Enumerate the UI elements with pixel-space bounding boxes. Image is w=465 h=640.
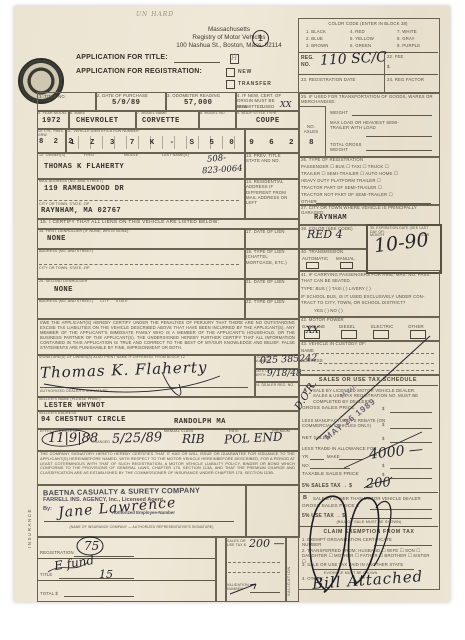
purchase-date-label: 2. DATE OF PURCHASE xyxy=(97,93,148,98)
gross-weight-label: TOTAL GROSS WEIGHT xyxy=(330,142,370,153)
tax-b-divider xyxy=(298,492,438,493)
seller-name-value: LESTER WHYNOT xyxy=(44,402,105,410)
title-fee-label: TITLE xyxy=(40,572,52,577)
use-tax-5-label: 5% USE TAX → $ xyxy=(302,513,345,519)
color-code-red: 4. RED xyxy=(350,29,365,34)
hire-line4: IF SCHOOL BUS, IS IT USED EXCLUSIVELY UN… xyxy=(301,294,425,299)
trade-no-label: NO. xyxy=(302,463,310,468)
owner-middle-label: MIDDLE xyxy=(124,153,138,157)
goods-label: 25. IF USED FOR TRANSPORTATION OF GOODS,… xyxy=(301,94,433,105)
first-lienholder-value: NONE xyxy=(47,235,66,243)
fee-sub: $. xyxy=(387,64,391,69)
salestax-line1 xyxy=(228,562,280,563)
registration-fee-label: REGISTRATION xyxy=(40,550,74,555)
regtype-line2: TRAILER ☐ SEMI-TRAILER ☐ AUTO HOME ☐ xyxy=(301,171,398,176)
weight-label: WEIGHT xyxy=(330,110,348,115)
power-diesel-checkbox xyxy=(341,330,357,339)
sales-tax-5-value: 200 xyxy=(366,475,392,492)
maxload-label: MAX LOAD OR HEAVIEST SEMI-TRAILER WITH L… xyxy=(330,120,400,131)
registration-transfer-label: TRANSFER xyxy=(238,81,272,87)
exempt-divider xyxy=(298,526,438,527)
owner-first-label: FIRST xyxy=(84,153,95,157)
make-value: CHEVROLET xyxy=(76,117,118,125)
colorbox-divider2 xyxy=(298,74,438,75)
lien2-type-label: 22. TYPE OF LIEN xyxy=(246,299,285,304)
transmission-manual-checkbox xyxy=(340,262,353,269)
hire-line1: 41. IF CARRYING PASSENGERS FOR HIRE, MAX… xyxy=(301,272,431,277)
registration-date-label: 23. REGISTRATION DATE xyxy=(301,77,356,82)
scanned-form: UN HARD Massachusetts Registry of Motor … xyxy=(14,6,450,602)
fee-label: 22. FEE xyxy=(387,54,404,59)
gross-sales-line xyxy=(390,412,432,413)
seller-address-value: 94 CHESTNUT CIRCLE xyxy=(41,416,126,424)
model-no-label: 8. MODEL NO. xyxy=(200,111,226,115)
origin-new-label: NEW xyxy=(237,104,247,109)
regtype-label: 26. TYPE OF REGISTRATION xyxy=(301,157,363,162)
registration-new-label: NEW xyxy=(238,69,252,75)
reg-label: REG. xyxy=(301,55,314,61)
hire-line5: TRACT TO CITY, TOWN, OR SCHOOL DISTRICT? xyxy=(301,300,405,305)
liens-certify-line: 15. I CERTIFY THAT ALL LIENS ON THIS VEH… xyxy=(40,220,219,226)
owner-label: 12. OWNER(S) xyxy=(39,153,65,157)
power-gasoline-mark: XX xyxy=(306,326,319,336)
registration-fee-value: 75 xyxy=(84,539,99,553)
lien2-date-label: 21. DATE OF LIEN xyxy=(246,279,285,284)
color-code-purple: 9. PURPLE xyxy=(397,43,420,48)
reg-no-label: NO. xyxy=(301,62,311,68)
seller-address-city: RANDOLPH MA xyxy=(174,418,226,426)
registration-transfer-checkbox xyxy=(226,80,235,89)
net-sales-dollar: $ xyxy=(382,436,385,441)
owner-last-label: LAST NAME(S) xyxy=(162,153,189,157)
color-code-black: 1. BLACK xyxy=(306,29,326,34)
origin-used-label: USED xyxy=(262,104,275,109)
changed-label: CHANGED xyxy=(92,440,110,444)
insurance-side-label: INSURANCE xyxy=(27,456,32,548)
custody-label: 43. VEHICLE IN CUSTODY OF: xyxy=(301,341,366,346)
cyl-label: 10. CYL. PASS. GRW. xyxy=(38,129,65,138)
pencil-note: UN HARD xyxy=(136,11,174,18)
year-label: 5. YEAR MODEL xyxy=(38,111,68,115)
signature-baseline xyxy=(40,387,248,388)
use-tax-line xyxy=(350,518,432,519)
odometer-label: 3. ODOMETER READING xyxy=(167,93,220,98)
rebate-line xyxy=(390,428,432,429)
dealer-signature-label: AUTHORIZED DEALER'S SIGNATURE xyxy=(40,389,108,393)
vin-right-blank-cell xyxy=(244,128,300,154)
application-for-title-label: APPLICATION FOR TITLE: xyxy=(76,54,168,61)
title-blank-line xyxy=(174,62,220,63)
total-fee-line xyxy=(64,596,134,597)
hire-line2: THAT CAN BE SEATED. xyxy=(301,278,351,283)
power-diesel-label: DIESEL xyxy=(339,324,355,329)
title-fee-value: 15 xyxy=(99,568,113,581)
certification-text: I/WE THE APPLICANT(S) HEREBY CERTIFY UND… xyxy=(40,320,295,350)
claim-exemption-title: CLAIM EXEMPTION FROM TAX xyxy=(302,529,436,535)
authorized-employee-label: Authorized Employee-Number xyxy=(112,510,175,515)
tax-schedule-title: SALES OR USE TAX SCHEDULE xyxy=(301,377,435,383)
dealer-reg-label: 24. DEALER REG. NO. xyxy=(255,383,294,387)
power-electric-checkbox xyxy=(373,330,389,339)
title-checkbox-mark: H xyxy=(231,54,237,62)
color-code-yellow: 5. YELLOW xyxy=(350,36,374,41)
agent-signature-line xyxy=(44,521,234,522)
trade-make-label: MAKE xyxy=(327,454,340,459)
garaged-value: RAYNHAM xyxy=(314,214,347,222)
make-label: 6. MAKE xyxy=(70,111,85,115)
salestax-value: 200 — xyxy=(249,537,285,550)
validation-side-label: VALIDATION xyxy=(287,542,291,596)
motor-power-label: 42. MOTOR POWER xyxy=(301,317,344,322)
fees-divider2 xyxy=(37,580,215,581)
total-fee-label: TOTAL $ xyxy=(40,591,58,596)
trade-yr-label: YR. xyxy=(302,454,310,459)
regtype-line4: TRACTOR PART OF SEMI-TRAILER ☐ xyxy=(301,185,382,190)
salestax-line2 xyxy=(228,572,280,573)
maxload-line xyxy=(366,136,432,137)
transmission-auto-label: AUTOMATIC xyxy=(302,256,328,261)
hire-line6: YES ( ) NO ( ) xyxy=(314,308,343,313)
title-fee-line xyxy=(59,578,134,579)
tax-b-label: B xyxy=(303,495,307,502)
owner-name-value: THOMAS K FLAHERTY xyxy=(44,163,124,171)
model-value: CORVETTE xyxy=(142,117,180,125)
trade-yr-line xyxy=(310,459,324,460)
trade-in-label: LESS TRADE-IN ALLOWANCE FOR: xyxy=(302,446,378,451)
gross-sales-label: GROSS SALES PRICE xyxy=(302,406,355,412)
exempt3-text: 3. SALE OR USE TAX PAID IN ANOTHER STATE xyxy=(302,562,422,567)
taxable-sales-label: TAXABLE SALES PRICE xyxy=(302,472,359,478)
rebate-dollar: $ xyxy=(382,422,385,427)
first-lienholder-label: 16. FIRST LIENHOLDER (IF NONE, WRITE NON… xyxy=(39,229,129,233)
b-gross-line xyxy=(370,509,432,510)
color-code-white: 7. WHITE xyxy=(397,29,417,34)
validation-number-label: VALIDATION NUMBER xyxy=(227,583,251,592)
stamp-right-blank-cell xyxy=(245,484,300,538)
custody-address-line1 xyxy=(319,363,434,364)
transmission-manual-label: MANUAL xyxy=(336,256,355,261)
power-electric-label: ELECTRIC xyxy=(371,324,393,329)
title-no-label: 1. TITLE NO. xyxy=(39,94,66,99)
salestax-label: SALES OR USE TAX $ xyxy=(227,539,249,548)
vin-label: 11. VEHICLE IDENTIFICATION NUMBER xyxy=(67,129,139,133)
color-code-brown: 3. BROWN xyxy=(306,43,328,48)
axles-label: NO. AXLES xyxy=(302,124,320,135)
representative-signature-caption: (NAME OF INSURANCE COMPANY — AUTHORIZED … xyxy=(44,525,239,529)
lien1-date-label: 17. DATE OF LIEN xyxy=(246,229,285,234)
city-value: RAYNHAM, MA 02767 xyxy=(41,207,121,215)
mail-address-label: MAIL ADDRESS (NO. AND STREET) xyxy=(39,179,103,183)
regtype-line3: HEAVY DUTY PLATFORM TRAILER ☐ xyxy=(301,178,381,183)
res-address-label: 14. RESIDENTIAL ADDRESS IF DIFFERENT FRO… xyxy=(246,179,296,206)
registration-new-checkbox xyxy=(226,68,235,77)
second-lienholder-value: NONE xyxy=(54,286,73,294)
weight-line xyxy=(352,115,432,116)
custody-address-line2 xyxy=(302,370,434,371)
trade-no-line xyxy=(310,468,350,469)
gross-weight-line xyxy=(366,150,432,151)
regtype-line1: PASSENGER ☐ BUS ☐ TAXI ☐ TRUCK ☐ xyxy=(301,164,389,169)
factor-divider xyxy=(384,74,385,92)
body-style-value: COUPE xyxy=(256,117,280,125)
origin-used-mark: XX xyxy=(280,100,291,109)
color-value: RED 4 xyxy=(307,228,343,241)
color-code-blue: 2. BLUE xyxy=(306,36,323,41)
trade-dollar-line xyxy=(390,468,432,469)
trade-make-line xyxy=(339,459,363,460)
address-dashed-divider xyxy=(39,200,239,201)
sales-tax-5-label: 5% SALES TAX → $ xyxy=(302,483,352,489)
b-gross-label: GROSS SALES PRICE $ xyxy=(302,504,359,510)
application-for-registration-label: APPLICATION FOR REGISTRATION: xyxy=(76,68,202,75)
transmission-auto-checkbox xyxy=(306,262,319,269)
custody-name-label: NAME xyxy=(301,348,314,353)
seller-address-label: SELLER'S ADDRESS xyxy=(39,411,76,415)
exempt1-line xyxy=(374,545,432,546)
manual-class-value: RIB xyxy=(182,432,205,446)
validation-number-line xyxy=(250,592,280,593)
power-other-label: OTHER xyxy=(408,324,424,329)
bill-of-sale-note: (BILL OF SALE MUST BE SHOWN) xyxy=(302,520,436,525)
body-style-label: 9. BODY STYLE TYPE xyxy=(237,111,277,115)
owner-phone-line1: 508- xyxy=(207,153,227,165)
mail-address-value: 119 RAMBLEWOOD DR xyxy=(44,185,124,193)
insurer-by-label: By: xyxy=(43,506,52,512)
fee-divider xyxy=(384,52,385,74)
gross-sales-dollar: $ xyxy=(382,406,385,411)
seller-name-label: SELLER'S NAME (PLEASE PRINT) xyxy=(39,397,101,401)
lien1-dashed-divider xyxy=(39,264,239,265)
exempt1-text: 1. EXEMPT ORGANIZATION CERTIFICATE NUMBE… xyxy=(302,537,402,548)
model-label: 7. MODEL NAME xyxy=(137,111,167,115)
effective-date-value: 11|9|88 xyxy=(48,431,98,446)
trade-dollar: $ xyxy=(382,463,385,468)
color-code-green: 6. GREEN xyxy=(350,43,371,48)
lien2-address-label: ADDRESS (NO. AND STREET) CITY STATE xyxy=(39,299,128,303)
power-other-checkbox xyxy=(410,330,426,339)
changed-date-value: 5/25/89 xyxy=(112,430,163,447)
hire-line3: TYPE: BUS ( ) TAXI ( ) LIVERY ( ) xyxy=(301,286,371,291)
insurance-cert-text: THE COMPANY SIGNATORY HERETO HEREBY CERT… xyxy=(40,452,295,476)
regtype-line5: TRACTOR NOT PART OF SEMI-TRAILER ☐ xyxy=(301,192,393,197)
reg-factor-label: 24. REG FACTOR xyxy=(387,77,424,82)
city-label: CITY OR TOWN, STATE, ZIP xyxy=(39,202,90,206)
tax-b-text: SALE BY OTHER THAN MOTOR VEHICLE DEALER xyxy=(313,496,433,501)
transmission-label: 40. TRANSMISSION xyxy=(301,249,343,254)
dob-value: 9/18/48 xyxy=(267,369,302,379)
page-number-circle: 1 xyxy=(252,30,269,47)
prev-title-label: 13. PREV. TITLE STATE AND NO. xyxy=(246,153,296,164)
second-lienholder-label: 20. SECOND LIENHOLDER xyxy=(39,279,87,283)
color-code-gray: 8. GRAY xyxy=(397,36,415,41)
lien1-type-label: 18. TYPE OF LIEN (CHATTEL MORTGAGE, ETC.… xyxy=(246,249,296,265)
year-value: 1972 xyxy=(42,117,61,125)
lien1-city-label: CITY OR TOWN, STATE, ZIP xyxy=(39,266,90,270)
purchase-date-value: 5/9/89 xyxy=(112,99,140,107)
lien1-address-label: ADDRESS (NO. AND STREET) xyxy=(39,249,93,253)
color-code-title: COLOR CODE (ENTER IN BLOCK 38) xyxy=(300,21,436,26)
taxable-line xyxy=(390,478,432,479)
custody-name-line xyxy=(316,353,434,354)
odometer-value: 57,000 xyxy=(184,99,212,107)
